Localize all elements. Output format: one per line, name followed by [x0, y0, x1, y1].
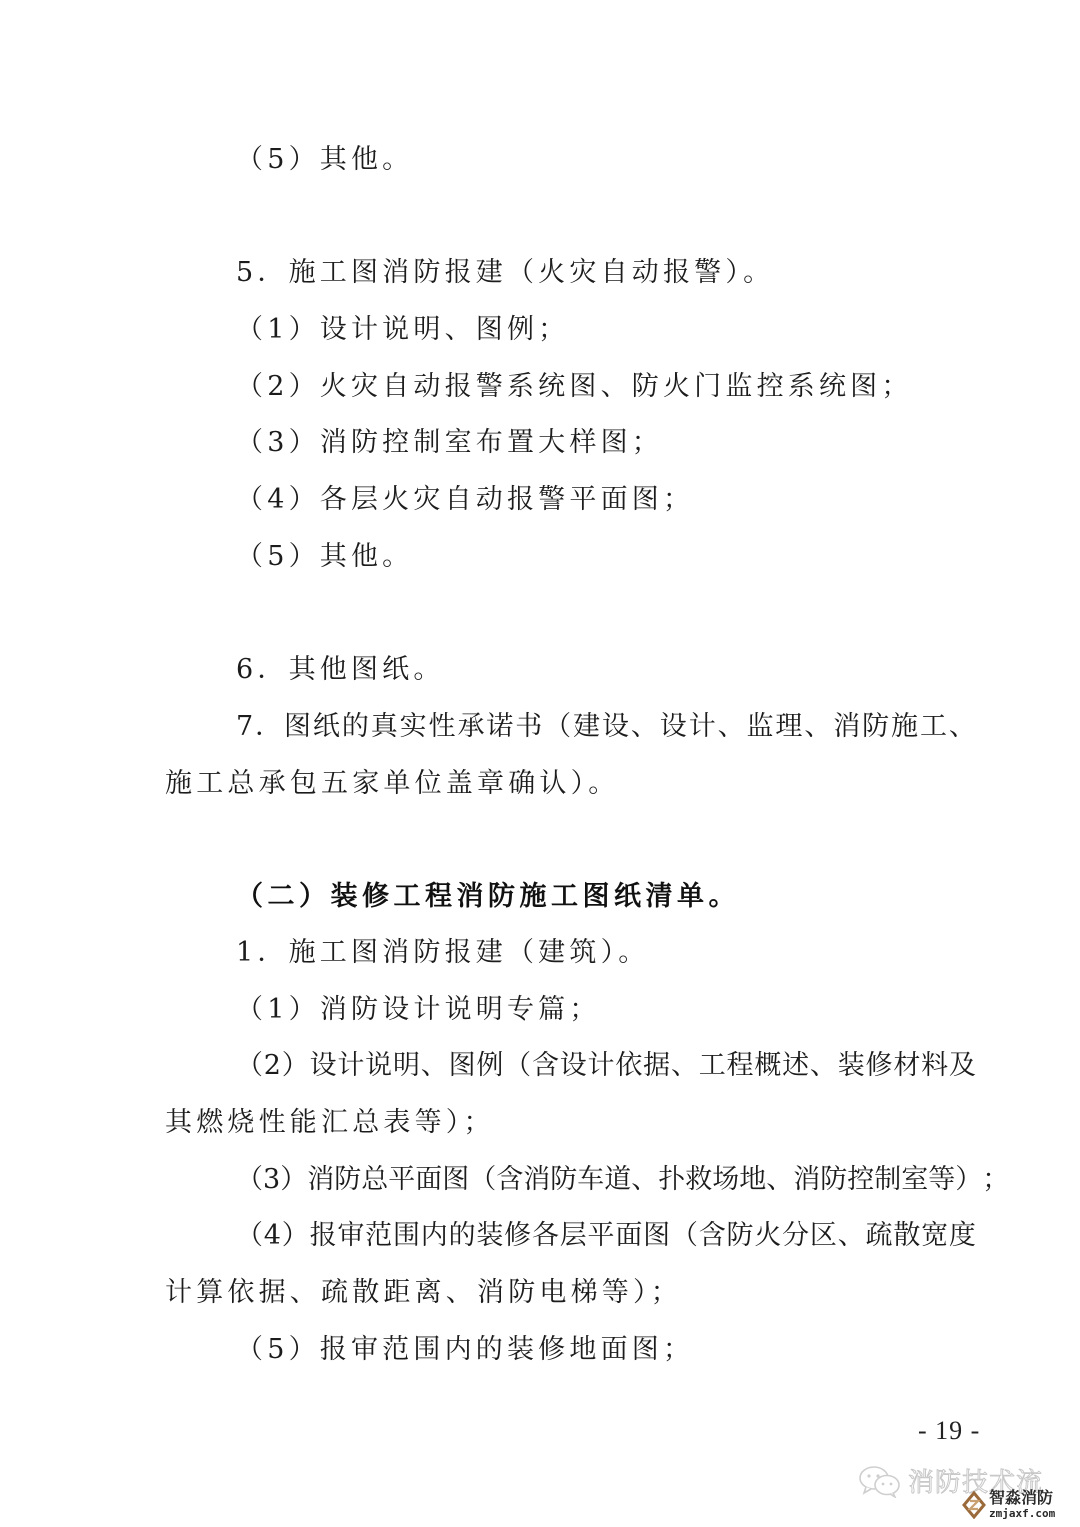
text-line: （1）设计说明、图例；: [236, 313, 569, 347]
wechat-icon: [858, 1464, 902, 1498]
text-line: （4）各层火灾自动报警平面图；: [236, 483, 694, 517]
text-line: （3）消防控制室布置大样图；: [236, 426, 663, 460]
text-line: 7．图纸的真实性承诺书（建设、设计、监理、消防施工、: [236, 710, 976, 744]
text-line: （1）消防设计说明专篇；: [236, 993, 601, 1027]
text-line: 5．施工图消防报建（火灾自动报警）。: [236, 256, 774, 290]
page-number: - 19 -: [918, 1416, 980, 1446]
brand-watermark: 智淼消防 zmjaxf.com: [962, 1490, 1055, 1519]
text-line: 施工总承包五家单位盖章确认）。: [165, 767, 620, 801]
text-line: （5）其他。: [236, 143, 413, 177]
text-line: （2）火灾自动报警系统图、防火门监控系统图；: [236, 370, 913, 404]
text-line: （2）设计说明、图例（含设计依据、工程概述、装修材料及: [236, 1049, 976, 1083]
brand-url: zmjaxf.com: [989, 1508, 1055, 1519]
text-line: 6．其他图纸。: [236, 653, 445, 687]
brand-name: 智淼消防: [989, 1490, 1055, 1506]
text-line: （4）报审范围内的装修各层平面图（含防火分区、疏散宽度: [236, 1219, 976, 1253]
zmjaxf-logo-icon: [962, 1491, 986, 1519]
text-line: 计算依据、疏散距离、消防电梯等）；: [165, 1276, 682, 1310]
document-page: （5）其他。5．施工图消防报建（火灾自动报警）。（1）设计说明、图例；（2）火灾…: [0, 0, 1080, 1527]
text-line: （3）消防总平面图（含消防车道、扑救场地、消防控制室等）；: [236, 1163, 976, 1197]
text-line: （5）其他。: [236, 540, 413, 574]
section-heading: （二）装修工程消防施工图纸清单。: [236, 880, 740, 914]
text-line: 1．施工图消防报建（建筑）。: [236, 936, 649, 970]
text-line: 其燃烧性能汇总表等）；: [165, 1106, 495, 1140]
text-line: （5）报审范围内的装修地面图；: [236, 1333, 694, 1367]
